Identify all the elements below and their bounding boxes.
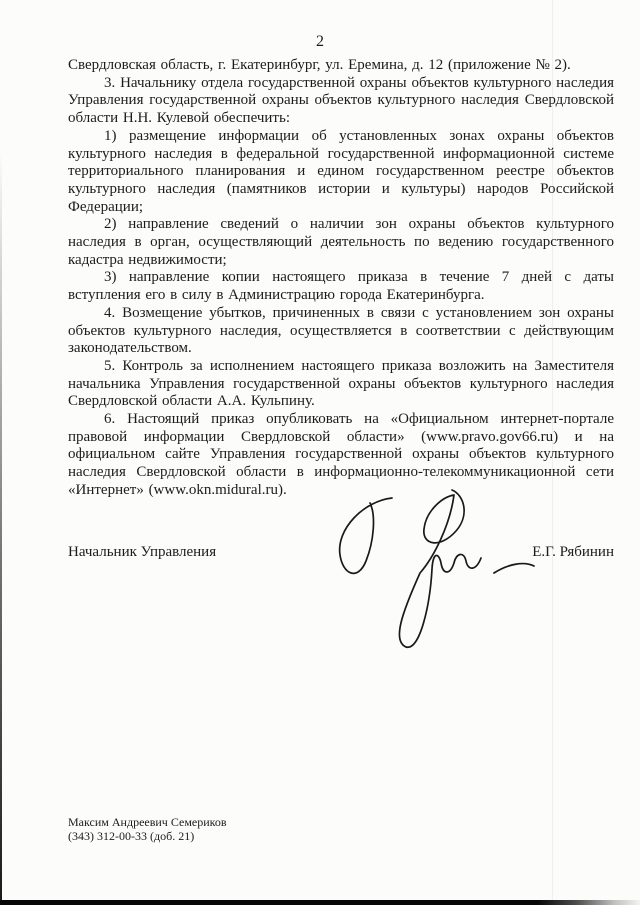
- body-paragraph: 2) направление сведений о наличии зон ох…: [68, 216, 614, 269]
- document-body: Свердловская область, г. Екатеринбург, у…: [68, 57, 614, 561]
- signatory-name: Е.Г. Рябинин: [532, 544, 614, 562]
- scan-left-edge-artifact: [0, 150, 2, 905]
- page-number: 2: [0, 33, 640, 51]
- body-paragraph: 6. Настоящий приказ опубликовать на «Офи…: [68, 411, 614, 500]
- body-paragraph: 3. Начальнику отдела государственной охр…: [68, 75, 614, 128]
- signature-row: Начальник Управления Е.Г. Рябинин: [68, 544, 614, 562]
- scan-seam-line: [552, 0, 553, 905]
- body-paragraph: 4. Возмещение убытков, причиненных в свя…: [68, 305, 614, 358]
- contact-phone: (343) 312-00-33 (доб. 21): [68, 830, 227, 844]
- body-paragraph: 1) размещение информации об установленны…: [68, 128, 614, 217]
- scanned-document-page: 2 Свердловская область, г. Екатеринбург,…: [0, 0, 640, 905]
- contact-name: Максим Андреевич Семериков: [68, 816, 227, 830]
- body-paragraph: 5. Контроль за исполнением настоящего пр…: [68, 358, 614, 411]
- scan-bottom-edge-artifact: [0, 900, 640, 905]
- contact-footer: Максим Андреевич Семериков (343) 312-00-…: [68, 816, 227, 844]
- signatory-position-title: Начальник Управления: [68, 544, 216, 562]
- body-paragraph: Свердловская область, г. Екатеринбург, у…: [68, 57, 614, 75]
- body-paragraph: 3) направление копии настоящего приказа …: [68, 269, 614, 304]
